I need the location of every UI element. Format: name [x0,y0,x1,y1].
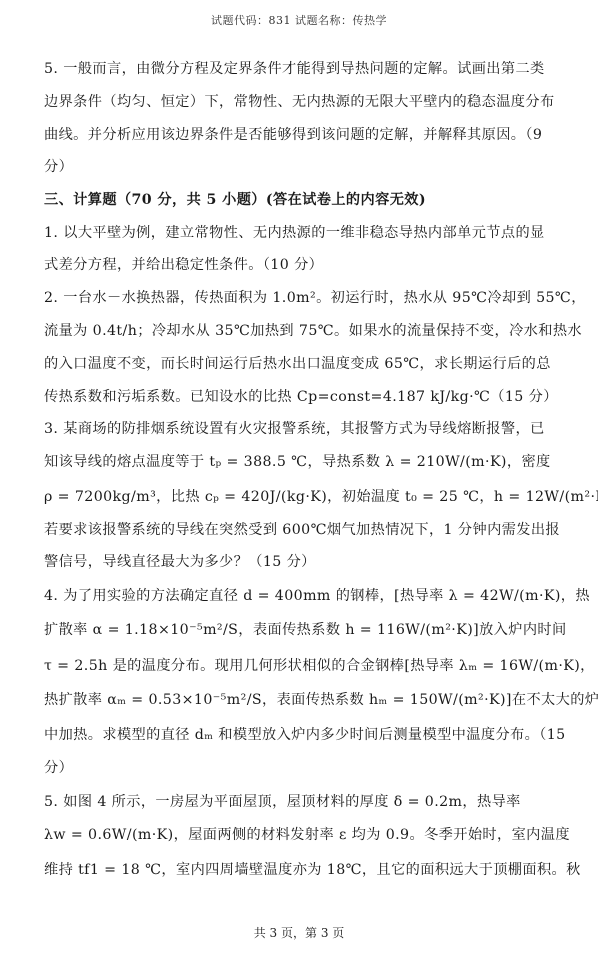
text-line: 传热系数和污垢系数。已知设水的比热 Cp=const=4.187 kJ/kg·℃… [44,388,558,406]
question-4: 4. 为了用实验的方法确定直径 d = 400mm 的钢棒，[热导率 λ = 4… [44,587,590,605]
section-title: 三、计算题（70 分，共 5 小题）(答在试卷上的内容无效) [44,191,426,209]
text-line: 式差分方程，并给出稳定性条件。（10 分） [44,256,323,274]
text-line: 维持 tf1 = 18 ℃，室内四周墙壁温度亦为 18℃，且它的面积远大于顶棚面… [44,861,581,879]
text-line: 分） [44,759,73,777]
text-line: λw = 0.6W/(m·K)，屋面两侧的材料发射率 ε 均为 0.9。冬季开始… [44,826,570,844]
text-line: 中加热。求模型的直径 dₘ 和模型放入炉内多少时间后测量模型中温度分布。（15 [44,726,566,744]
question-3: 3. 某商场的防排烟系统设置有火灾报警系统，其报警方式为导线熔断报警，已 [44,420,545,438]
text-line: 知该导线的熔点温度等于 tₚ = 388.5 ℃，导热系数 λ = 210W/(… [44,453,551,471]
exam-header: 试题代码：831 试题名称：传热学 [0,12,598,28]
text-line: 扩散率 α = 1.18×10⁻⁵m²/S，表面传热系数 h = 116W/(m… [44,621,567,639]
text-line: 的入口温度不变，而长时间运行后热水出口温度变成 65℃，求长期运行后的总 [44,355,551,373]
text-line: 分） [44,158,73,176]
question-2: 2. 一台水－水换热器，传热面积为 1.0m²。初运行时，热水从 95℃冷却到 … [44,289,586,307]
text-line: τ = 2.5h 是的温度分布。现用几何形状相似的合金钢棒[热导率 λₘ = 1… [44,657,595,675]
text-line: 流量为 0.4t/h；冷却水从 35℃加热到 75℃。如果水的流量保持不变，冷水… [44,322,582,340]
text-line: 边界条件（均匀、恒定）下，常物性、无内热源的无限大平壁内的稳态温度分布 [44,93,555,111]
page-number: 共 3 页，第 3 页 [0,924,598,941]
question-5: 5. 如图 4 所示，一房屋为平面屋顶，屋顶材料的厚度 δ = 0.2m，热导率 [44,793,521,811]
text-line: 曲线。并分析应用该边界条件是否能够得到该问题的定解，并解释其原因。（9 [44,126,542,144]
text-line: 热扩散率 αₘ = 0.53×10⁻⁵m²/S，表面传热系数 hₘ = 150W… [44,691,598,709]
text-line: 警信号，导线直径最大为多少？（15 分） [44,553,316,571]
text-line: 若要求该报警系统的导线在突然受到 600℃烟气加热情况下，1 分钟内需发出报 [44,521,560,539]
question-1: 1. 以大平壁为例，建立常物性、无内热源的一维非稳态导热内部单元节点的显 [44,224,545,242]
text-line: 5. 一般而言，由微分方程及定界条件才能得到导热问题的定解。试画出第二类 [44,60,545,78]
text-line: ρ = 7200kg/m³，比热 cₚ = 420J/(kg·K)，初始温度 t… [44,488,598,506]
